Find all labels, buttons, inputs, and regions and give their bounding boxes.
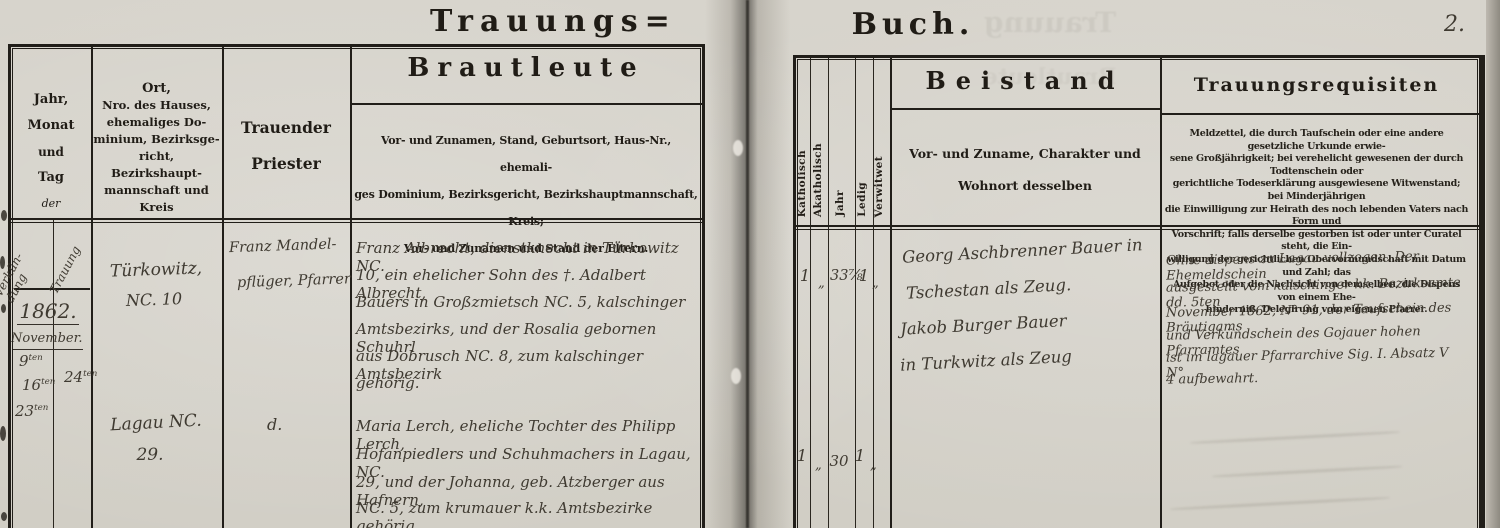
bride-place-line: Lagau NC. [95, 410, 218, 436]
wedding-day: 24ten [64, 368, 97, 386]
banns-day: 9ten [19, 352, 43, 370]
bride-verwitwet-value: „ [870, 458, 877, 473]
witness-line: in Turkwitz als Zeug [900, 342, 1159, 374]
header-line: und [11, 139, 91, 165]
header-line: Trauender [224, 110, 348, 146]
note-line: gerichtliche Todeserklärung ausgewiesene… [1164, 178, 1469, 203]
status-col-jahr: Jahr [834, 190, 846, 217]
header-line: Nro. des Hauses, [93, 97, 220, 114]
bride-age-value: 30 [827, 452, 851, 470]
header-line: Priester [224, 146, 348, 182]
header-line: der [11, 191, 91, 217]
header-line: ehemaliges Do- [93, 114, 220, 131]
priest-column-header: Trauender Priester [224, 110, 348, 182]
banns-wedding-subrule [53, 220, 54, 528]
banns-day: 16ten [22, 376, 55, 394]
column-rule [1160, 58, 1162, 528]
beistand-subtitle-line: Vor- und Zuname, Charakter und [892, 146, 1158, 161]
groom-age-value: 33⅞ [830, 268, 854, 284]
note-line: die Einwilligung zur Heirath des noch le… [1164, 204, 1469, 229]
header-line: Kreis [93, 199, 220, 216]
marriage-register-scan: Trauung Brautleute Trauungs= Buch. 2. Ja… [0, 0, 1500, 528]
cell-rule [13, 349, 83, 350]
status-col-akatholisch: Akatholisch [812, 143, 824, 217]
status-col-katholisch: Katholisch [796, 150, 808, 217]
bride-line: NC. 5, zum krumauer k.k. Amtsbezirke geh… [356, 499, 696, 528]
ink-speck [1, 512, 7, 521]
ink-speck [1, 210, 7, 221]
groom-akatholisch-value: „ [818, 276, 825, 291]
groom-ledig-value: 1 [856, 266, 872, 285]
gutter-highlight [733, 140, 743, 156]
witness-line: Georg Aschbrenner Bauer in [902, 234, 1161, 266]
priest-name-line: Franz Mandel- [229, 236, 354, 256]
groom-katholisch-value: 1 [798, 266, 812, 285]
priest-name-line: pflüger, Pfarrer [237, 271, 362, 291]
groom-line: Bauers in Großzmietsch NC. 5, kalschinge… [356, 293, 696, 311]
witness-line: Tschestan als Zeug. [906, 270, 1165, 302]
note-line: sene Großjährigkeit; bei verehelicht gew… [1164, 153, 1469, 178]
status-col-ledig: Ledig [856, 182, 868, 217]
note-line: Meldzettel, die durch Taufschein oder ei… [1164, 128, 1469, 153]
column-rule [350, 47, 352, 528]
right-page-title: Buch. [828, 7, 998, 42]
date-column-header: Jahr, Monat und Tag der [11, 87, 91, 217]
header-line: Jahr, [11, 87, 91, 113]
beistand-title: Beistand [892, 66, 1158, 95]
brautleute-divider-rule [350, 103, 702, 105]
page-edge-right [1486, 0, 1500, 528]
column-rule [810, 58, 811, 528]
subtitle-line: Vor- und Zunamen, Stand, Geburtsort, Hau… [354, 127, 698, 181]
brautleute-title: Brautleute [352, 53, 700, 83]
book-gutter-fold [705, 0, 790, 528]
header-line: Monat [11, 113, 91, 139]
place-column-header: Ort, Nro. des Hauses, ehemaliges Do- min… [93, 80, 220, 216]
header-line: mannschaft und [93, 182, 220, 199]
entry-month: November. [11, 331, 81, 346]
groom-verwitwet-value: „ [872, 276, 879, 291]
bride-place-line: 29. [115, 445, 185, 465]
ink-speck [1, 304, 6, 313]
beistand-subtitle-line: Wohnort desselben [892, 178, 1158, 193]
page-number: 2. [1444, 12, 1465, 37]
groom-line: gehörig. [356, 374, 696, 392]
subtitle-line: ges Dominium, Bezirksgericht, Bezirkshau… [354, 181, 698, 235]
beistand-divider-rule [890, 108, 1160, 110]
bride-akatholisch-value: „ [815, 458, 822, 473]
witness-line: Jakob Burger Bauer [900, 306, 1159, 338]
entry-year: 1862. [17, 299, 79, 323]
right-page-table: Katholisch Akatholisch Jahr Ledig Verwit… [793, 55, 1485, 528]
left-page-table: Jahr, Monat und Tag der Ort, Nro. des Ha… [8, 44, 705, 528]
requisiten-divider-rule [1160, 113, 1479, 115]
status-col-verwitwet: Verwitwet [873, 156, 885, 217]
header-line: Ort, [93, 80, 220, 97]
bride-ledig-value: 1 [852, 446, 868, 465]
ink-speck [0, 256, 5, 269]
column-rule [890, 58, 892, 528]
bride-katholisch-value: 1 [794, 446, 810, 465]
requisiten-title: Trauungsrequisiten [1162, 74, 1471, 96]
gutter-highlight [731, 368, 741, 384]
header-line: minium, Bezirksge- [93, 131, 220, 148]
groom-place-line: Türkowitz, [95, 258, 218, 282]
header-line: richt, Bezirkshaupt- [93, 148, 220, 182]
left-page-title: Trauungs= [430, 4, 670, 39]
groom-place-line: NC. 10 [99, 288, 210, 311]
cell-rule [17, 324, 79, 325]
header-line: Tag [11, 165, 91, 191]
banns-label: Verkün- dung [0, 236, 45, 305]
banns-day: 23ten [15, 402, 48, 420]
ink-speck [0, 426, 6, 441]
priest-ditto-mark: d. [267, 415, 282, 434]
